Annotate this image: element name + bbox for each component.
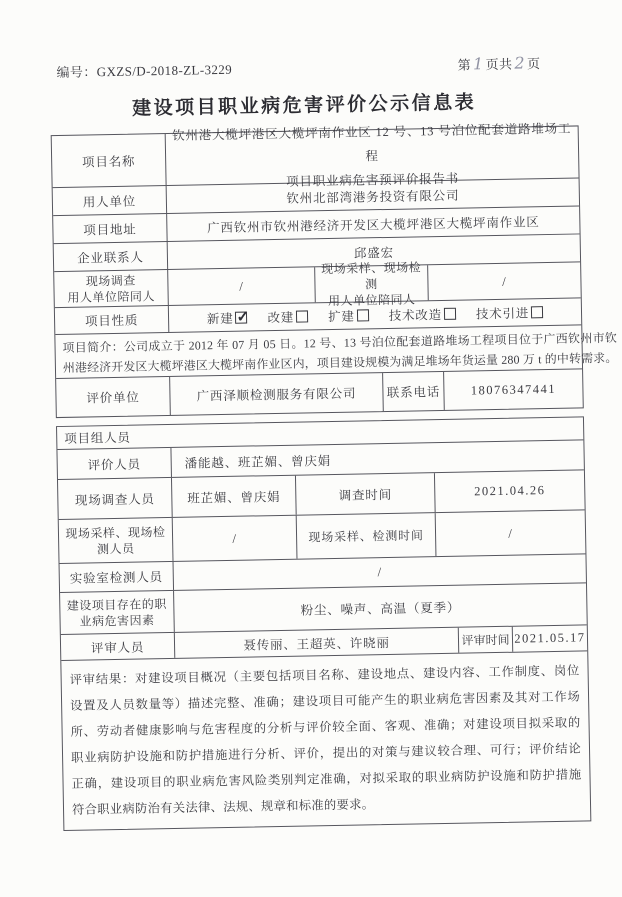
checkbox-icon [357, 309, 369, 321]
survey-staff-label: 现场调查人员 [58, 478, 173, 519]
project-team-table: 项目组人员 评价人员 潘能越、班芷媚、曾庆娟 现场调查人员 班芷媚、曾庆娟 调查… [56, 416, 591, 831]
evaluators-label: 评价人员 [57, 448, 172, 479]
sampling-time-value: / [436, 510, 586, 556]
nature-option-label: 新建 [207, 309, 234, 327]
nature-option-tech-import: 技术引进 [476, 303, 544, 322]
nature-option-label: 扩建 [328, 307, 355, 325]
address-label: 项目地址 [53, 214, 167, 243]
evaluation-org-label: 评价单位 [56, 377, 171, 417]
evaluation-org-value: 广西泽顺检测服务有限公司 [170, 373, 384, 415]
checkbox-icon [296, 310, 308, 322]
sampling-time-label: 现场采样、检测时间 [297, 513, 437, 559]
review-time-value: 2021.05.17 [513, 625, 587, 651]
hazards-label-line1: 建设项目存在的职 [67, 596, 167, 614]
checkbox-icon [444, 308, 456, 320]
doc-number-label: 编号： [56, 64, 96, 80]
doc-number: 编号：GXZS/D-2018-ZL-3229 [56, 59, 232, 81]
sampling-staff-value: / [173, 516, 298, 561]
checkbox-icon [531, 306, 543, 318]
nature-option-tech-upgrade: 技术改造 [389, 305, 457, 324]
site-survey-accompany-label: 现场调查 用人单位陪同人 [54, 270, 169, 307]
sampling-accompany-label-line1: 现场采样、现场检测 [315, 259, 428, 293]
nature-option-new: 新建 [207, 309, 248, 328]
survey-staff-value: 班芷媚、曾庆娟 [172, 476, 297, 517]
nature-option-label: 技术改造 [389, 305, 443, 324]
project-name-value: 钦州港大榄坪港区大榄坪南作业区 12 号、13 号泊位配套道路堆场工程 项目职业… [166, 126, 579, 185]
hazards-value: 粉尘、噪声、高温（夏季） [174, 583, 587, 632]
phone-value: 18076347441 [444, 369, 583, 410]
reviewers-value: 聂传丽、王超英、许晓丽 [175, 628, 459, 658]
lab-staff-label: 实验室检测人员 [60, 562, 174, 592]
table-row-review-result: 评审结果：对建设项目概况（主要包括项目名称、建设地点、建设内容、工作制度、岗位 … [61, 651, 590, 830]
contact-label: 企业联系人 [54, 242, 168, 271]
sampling-accompany-value: / [428, 262, 581, 300]
survey-time-value: 2021.04.26 [435, 470, 585, 512]
accompany-label-line2: 用人单位陪同人 [67, 288, 155, 306]
project-nature-label: 项目性质 [55, 306, 169, 334]
page-total-handwritten: 2 [512, 53, 527, 72]
reviewers-label: 评审人员 [61, 633, 175, 660]
page-indicator: 第1页共2页 [457, 53, 540, 74]
sampling-accompany-label: 现场采样、现场检测 用人单位陪同人 [315, 265, 429, 302]
accompany-label-line1: 现场调查 [67, 272, 155, 290]
phone-label: 联系电话 [383, 372, 445, 411]
survey-time-label: 调查时间 [296, 473, 436, 515]
project-name-label: 项目名称 [52, 134, 167, 187]
nature-option-rebuild: 改建 [267, 307, 308, 326]
nature-option-label: 改建 [267, 308, 294, 326]
page-current-handwritten: 1 [471, 54, 486, 73]
document-header: 编号：GXZS/D-2018-ZL-3229 第1页共2页 [0, 0, 615, 82]
site-survey-accompany-value: / [168, 267, 316, 305]
page-indicator-suffix: 页 [527, 56, 541, 71]
project-name-line1: 钦州港大榄坪港区大榄坪南作业区 12 号、13 号泊位配套道路堆场工程 [165, 116, 578, 172]
doc-number-value: GXZS/D-2018-ZL-3229 [97, 62, 233, 79]
nature-option-expand: 扩建 [328, 306, 369, 325]
hazards-label: 建设项目存在的职 业病危害因素 [60, 591, 175, 634]
review-result-text: 评审结果：对建设项目概况（主要包括项目名称、建设地点、建设内容、工作制度、岗位 … [61, 651, 590, 830]
table-row-project-name: 项目名称 钦州港大榄坪港区大榄坪南作业区 12 号、13 号泊位配套道路堆场工程… [52, 126, 579, 188]
page-indicator-prefix: 第 [458, 57, 472, 72]
checkbox-checked-icon [235, 312, 247, 324]
project-info-table: 项目名称 钦州港大榄坪港区大榄坪南作业区 12 号、13 号泊位配套道路堆场工程… [51, 125, 584, 418]
review-time-label: 评审时间 [459, 627, 513, 653]
sampling-staff-label-line2: 测人员 [66, 540, 166, 558]
page-indicator-middle: 页共 [486, 57, 513, 72]
scanned-document-page: 编号：GXZS/D-2018-ZL-3229 第1页共2页 建设项目职业病危害评… [0, 0, 622, 897]
sampling-staff-label: 现场采样、现场检 测人员 [59, 518, 174, 563]
employer-label: 用人单位 [53, 186, 167, 215]
nature-option-label: 技术引进 [476, 303, 530, 322]
sampling-staff-label-line1: 现场采样、现场检 [65, 524, 165, 542]
hazards-label-line2: 业病危害因素 [67, 612, 167, 630]
